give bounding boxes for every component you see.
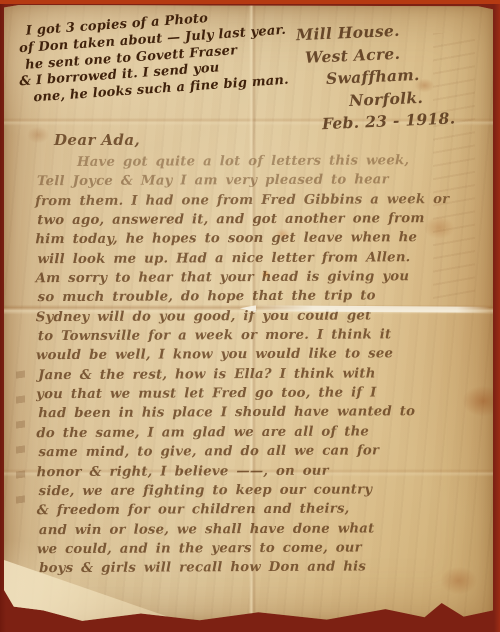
- body-line: Tell Joyce & May I am very pleased to he…: [37, 170, 491, 192]
- body-line: and win or lose, we shall have done what: [39, 518, 493, 540]
- salutation: Dear Ada,: [54, 131, 140, 149]
- body-line: same mind, to give, and do all we can fo…: [38, 441, 492, 463]
- body-line: will look me up. Had a nice letter from …: [37, 248, 491, 270]
- letter-photograph: { "photo": { "description": "Photograph …: [0, 0, 500, 632]
- letter-body: Have got quite a lot of letters this wee…: [35, 151, 493, 579]
- body-line: & freedom for our children and theirs,: [37, 499, 493, 521]
- body-line: from them. I had one from Fred Gibbins a…: [35, 189, 491, 211]
- letter-paper: I got 3 copies of a Photo of Don taken a…: [4, 5, 493, 624]
- body-line: Jane & the rest, how is Ella? I think wi…: [38, 364, 492, 386]
- body-line: him today, he hopes to soon get leave wh…: [35, 228, 491, 250]
- body-line: we could, and in the years to come, our: [37, 538, 493, 560]
- bleed-through-marks-left: [16, 370, 25, 511]
- address-block: Mill House. West Acre. Swaffham. Norfolk…: [290, 18, 456, 138]
- body-line: honor & right, I believe ——, on our: [37, 460, 493, 482]
- body-line: to Townsville for a week or more. I thin…: [38, 325, 492, 347]
- body-line: had been in his place I should have want…: [38, 402, 492, 424]
- body-line: would be well, I know you would like to …: [36, 344, 492, 366]
- body-line: you that we must let Fred go too, the if…: [36, 383, 492, 405]
- body-line: side, we are fighting to keep our countr…: [39, 480, 493, 502]
- body-line: Am sorry to hear that your head is givin…: [35, 267, 491, 289]
- body-line: boys & girls will recall how Don and his: [39, 557, 493, 579]
- body-line: Have got quite a lot of letters this wee…: [35, 151, 491, 173]
- body-line: two ago, answered it, and got another on…: [37, 209, 491, 231]
- body-line: do the same, I am glad we are all of the: [36, 422, 492, 444]
